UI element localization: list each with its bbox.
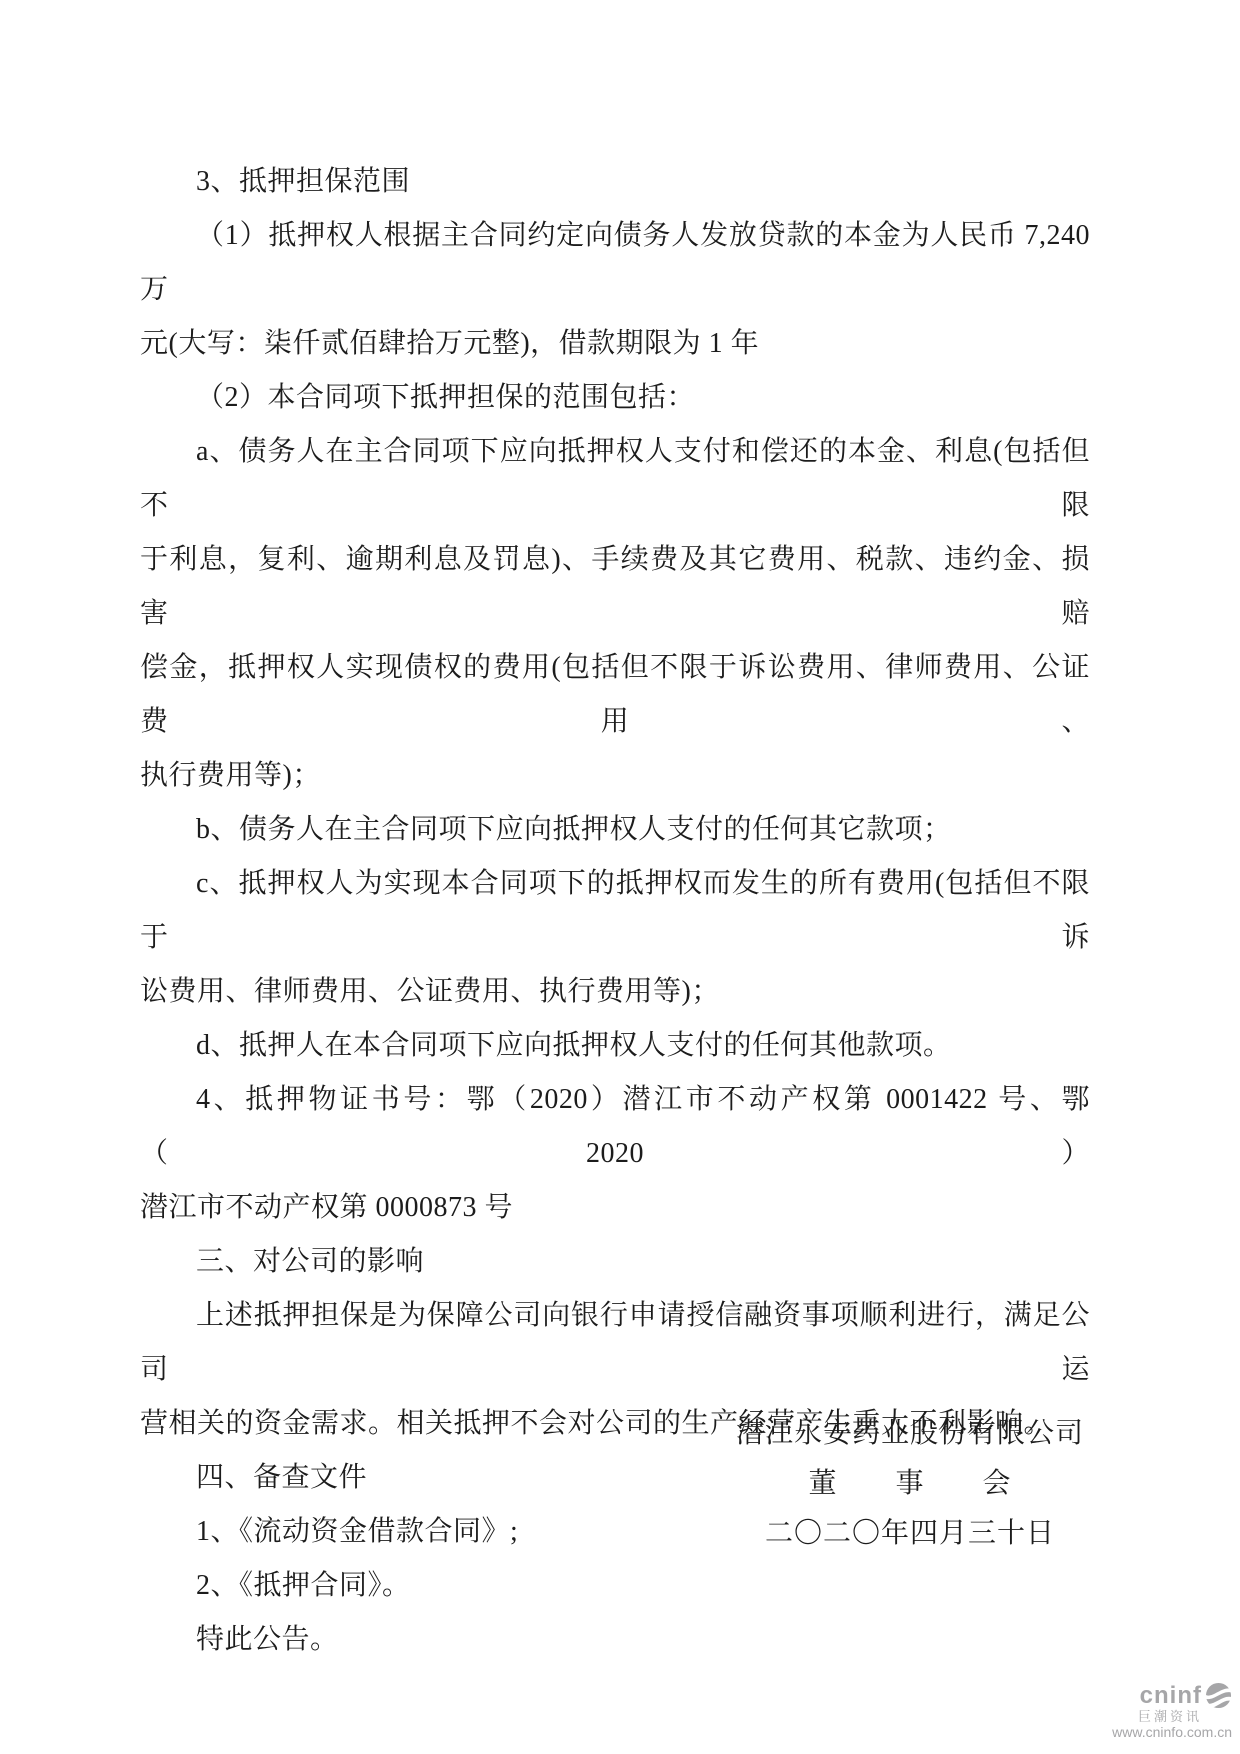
cninfo-brand-text: cninf	[1140, 1683, 1202, 1708]
text-line: c、抵押权人为实现本合同项下的抵押权而发生的所有费用(包括但不限于诉	[140, 857, 1090, 965]
text-line: d、抵押人在本合同项下应向抵押权人支付的任何其他款项。	[140, 1019, 1090, 1073]
text-line: 4、抵押物证书号：鄂（2020）潜江市不动产权第 0001422 号、鄂（202…	[140, 1073, 1090, 1181]
signature-block: 潜江永安药业股份有限公司 董 事 会 二〇二〇年四月三十日	[730, 1409, 1090, 1559]
text-line: 3、抵押担保范围	[140, 155, 1090, 209]
cninfo-url-text: www.cninfo.com.cn	[1042, 1725, 1232, 1740]
text-line: 潜江市不动产权第 0000873 号	[140, 1181, 1090, 1235]
signature-date: 二〇二〇年四月三十日	[730, 1509, 1090, 1559]
text-line: 上述抵押担保是为保障公司向银行申请授信融资事项顺利进行，满足公司运	[140, 1289, 1090, 1397]
text-line: 2、《抵押合同》。	[140, 1559, 1090, 1613]
cninfo-globe-icon	[1205, 1682, 1232, 1709]
text-line: 执行费用等)；	[140, 749, 1090, 803]
signature-company: 潜江永安药业股份有限公司	[730, 1409, 1090, 1459]
text-line: b、债务人在主合同项下应向抵押权人支付的任何其它款项；	[140, 803, 1090, 857]
text-line: 元(大写：柒仟贰佰肆拾万元整)，借款期限为 1 年	[140, 317, 1090, 371]
text-line: （1）抵押权人根据主合同约定向债务人发放贷款的本金为人民币 7,240 万	[140, 209, 1090, 317]
signature-department: 董 事 会	[730, 1459, 1090, 1509]
text-line: （2）本合同项下抵押担保的范围包括：	[140, 371, 1090, 425]
text-line: a、债务人在主合同项下应向抵押权人支付和偿还的本金、利息(包括但不限	[140, 425, 1090, 533]
section-heading: 三、对公司的影响	[140, 1235, 1090, 1289]
text-line: 特此公告。	[140, 1613, 1090, 1667]
text-line: 于利息，复利、逾期利息及罚息)、手续费及其它费用、税款、违约金、损害赔	[140, 533, 1090, 641]
cninfo-chinese-label: 巨潮资讯	[1042, 1710, 1202, 1724]
text-line: 偿金，抵押权人实现债权的费用(包括但不限于诉讼费用、律师费用、公证费用、	[140, 641, 1090, 749]
cninfo-watermark: cninf 巨潮资讯 www.cninfo.com.cn	[1042, 1682, 1232, 1740]
text-line: 讼费用、律师费用、公证费用、执行费用等)；	[140, 965, 1090, 1019]
document-page: 3、抵押担保范围 （1）抵押权人根据主合同约定向债务人发放贷款的本金为人民币 7…	[0, 0, 1240, 1754]
